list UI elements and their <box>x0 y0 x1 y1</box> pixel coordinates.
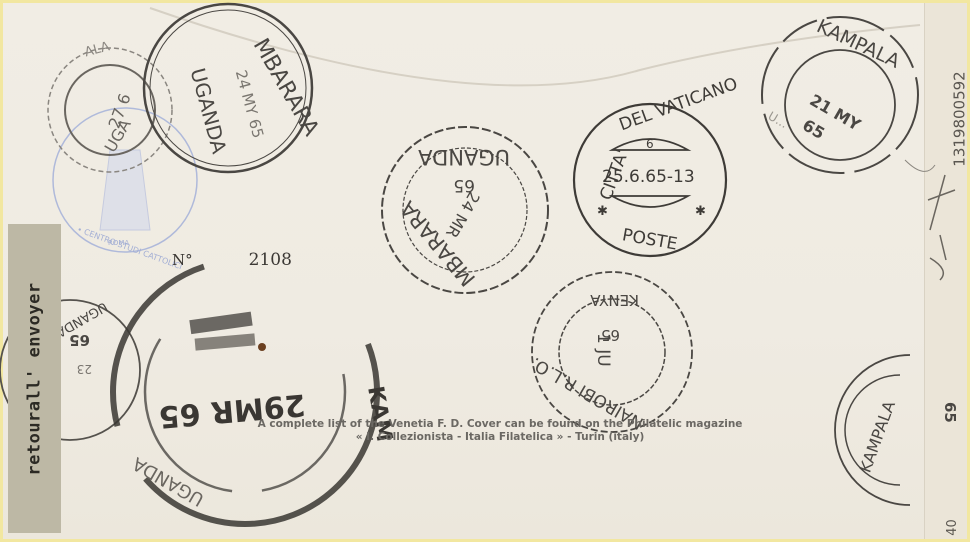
return-label-text: retourall' envoyer <box>25 282 45 475</box>
svg-text:✱: ✱ <box>695 204 706 219</box>
svg-text:23: 23 <box>77 362 92 376</box>
handwritten-bottom-text: 40 <box>945 519 960 536</box>
svg-text:65: 65 <box>941 402 959 423</box>
handwritten-number: 1319800592 <box>951 71 969 166</box>
svg-text:1 JU: 1 JU <box>593 333 613 367</box>
svg-text:• CENTRO STUDI CATTOLICI: • CENTRO STUDI CATTOLICI <box>76 225 184 271</box>
serial-prefix: N° <box>172 251 193 269</box>
postmark-vaticano: 6 25.6.65-13 DEL VATICANO CITTA' POSTE ✱… <box>574 74 740 256</box>
svg-text:24 MY 65: 24 MY 65 <box>232 68 267 140</box>
footer-note-line1: A complete list of the Venetia F. D. Cov… <box>200 418 800 431</box>
svg-text:65: 65 <box>453 175 475 195</box>
handwritten-marks <box>905 160 955 280</box>
svg-text:KAMPALA: KAMPALA <box>856 398 899 475</box>
footer-note: A complete list of the Venetia F. D. Cov… <box>200 418 800 444</box>
svg-text:UGANDA: UGANDA <box>417 145 510 169</box>
footer-note-line2: « I. Collezionista - Italia Filatelica »… <box>200 431 800 444</box>
svg-text:6: 6 <box>646 137 654 151</box>
postmark-mbarara-center: UGANDA MBARARA 24 MR 65 <box>382 127 548 293</box>
postmark-nairobi: KENYA NAIROBI R.L.O. 65 1 JU <box>528 272 692 433</box>
postmark-kampala-top-left: ALA UGA 27 6 <box>48 39 172 172</box>
serial-number: N°2108 <box>172 250 292 270</box>
serial-value: 2108 <box>249 250 292 270</box>
postmarks-layer: ROMA • CENTRO STUDI CATTOLICI ALA UGA 27… <box>0 0 970 542</box>
handwritten-bottom: 40 <box>945 519 960 536</box>
handwritten-number-text: 1319800592 <box>951 71 969 166</box>
svg-text:24 MR: 24 MR <box>442 188 484 241</box>
return-label-text-wrap: retourall' envoyer <box>8 224 61 533</box>
svg-text:KAMPALA: KAMPALA <box>813 15 903 72</box>
postmark-mbarara-top: MBARARA UGANDA 24 MY 65 <box>144 4 323 172</box>
postmark-kampala-bottom-right: KAMPALA 65 <box>835 355 959 505</box>
postmark-kampala-top-right: KAMPALA 21 MY 65 U... <box>762 15 918 173</box>
svg-text:✱: ✱ <box>597 204 608 219</box>
svg-text:ALA: ALA <box>83 39 111 60</box>
postmark-kampala-large: 29MR 65 KAM UGANDA <box>113 260 396 524</box>
svg-text:65: 65 <box>69 331 90 349</box>
svg-text:65: 65 <box>799 115 828 143</box>
svg-text:POSTE: POSTE <box>621 225 679 254</box>
svg-text:KENYA: KENYA <box>589 291 639 309</box>
svg-text:UGANDA: UGANDA <box>186 65 232 156</box>
